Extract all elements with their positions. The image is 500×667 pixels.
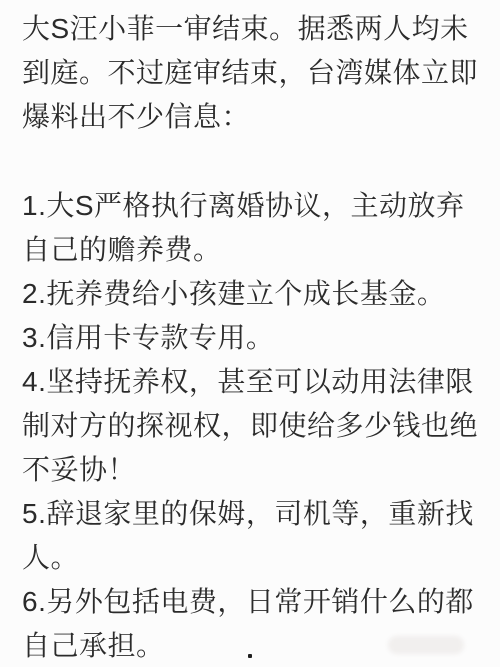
intro-paragraph: 大S汪小菲一审结束。据悉两人均未到庭。不过庭审结束，台湾媒体立即爆料出不少信息： bbox=[22, 7, 482, 139]
list-item-5: 5.辞退家里的保姆，司机等，重新找人。 bbox=[22, 492, 482, 580]
list-item-4: 4.坚持抚养权，甚至可以动用法律限制对方的探视权，即使给多少钱也绝不妥协！ bbox=[22, 360, 482, 492]
post-page: 大S汪小菲一审结束。据悉两人均未到庭。不过庭审结束，台湾媒体立即爆料出不少信息：… bbox=[0, 0, 500, 667]
list-item-3: 3.信用卡专款专用。 bbox=[22, 316, 482, 360]
smudge-artifact bbox=[388, 636, 464, 654]
post-text-block: 大S汪小菲一审结束。据悉两人均未到庭。不过庭审结束，台湾媒体立即爆料出不少信息：… bbox=[22, 7, 482, 667]
screenshot-root: { "page": { "background_color": "#fcfcfc… bbox=[0, 0, 500, 667]
list-item-2: 2.抚养费给小孩建立个成长基金。 bbox=[22, 272, 482, 316]
list-item-1: 1.大S严格执行离婚协议，主动放弃自己的赡养费。 bbox=[22, 184, 482, 272]
stray-dot-mark bbox=[248, 654, 252, 658]
